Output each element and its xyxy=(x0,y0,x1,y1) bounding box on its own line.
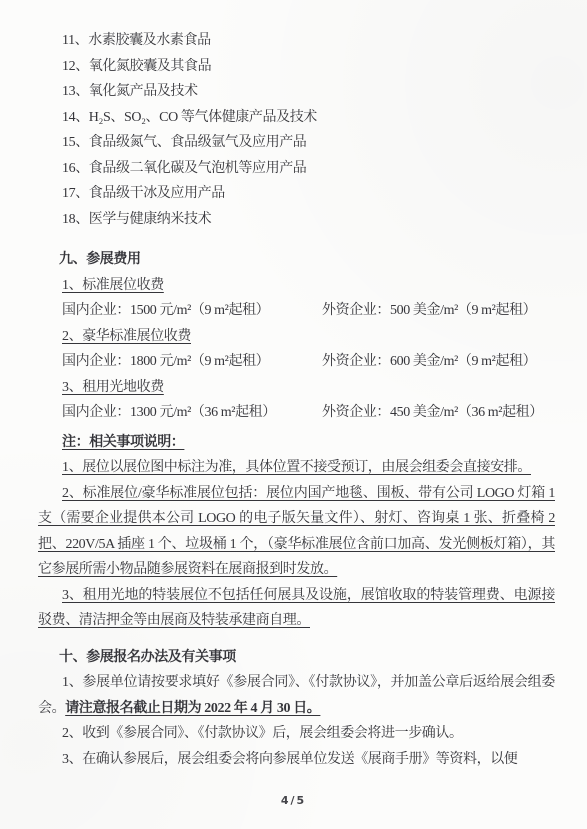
list-item: 11、水素胶囊及水素食品 xyxy=(38,28,555,54)
fee-domestic: 国内企业：1800 元/m²（9 m²起租） xyxy=(62,349,322,375)
notes-heading: 注：相关事项说明： xyxy=(38,430,555,456)
fee-row: 国内企业：1500 元/m²（9 m²起租） 外资企业：500 美金/m²（9 … xyxy=(38,298,555,324)
signup-paragraph-2: 2、收到《参展合同》、《付款协议》后，展会组委会将进一步确认。 xyxy=(38,721,555,747)
list-item: 16、食品级二氧化碳及气泡机等应用产品 xyxy=(38,156,555,182)
fee-domestic: 国内企业：1500 元/m²（9 m²起租） xyxy=(62,298,322,324)
fee-foreign: 外资企业：450 美金/m²（36 m²起租） xyxy=(322,400,543,426)
section-heading-signup: 十、参展报名办法及有关事项 xyxy=(38,645,555,671)
list-item: 17、食品级干冰及应用产品 xyxy=(38,181,555,207)
signup-paragraph-3: 3、在确认参展后，展会组委会将向参展单位发送《展商手册》等资料，以便 xyxy=(38,747,555,773)
section-heading-fees: 九、参展费用 xyxy=(38,247,555,273)
note-paragraph: 2、标准展位/豪华标准展位包括：展位内国产地毯、围板、带有公司 LOGO 灯箱 … xyxy=(38,481,555,583)
fee-row: 国内企业：1800 元/m²（9 m²起租） 外资企业：600 美金/m²（9 … xyxy=(38,349,555,375)
notes-section: 注：相关事项说明： 1、展位以展位图中标注为准，具体位置不接受预订，由展会组委会… xyxy=(38,430,555,634)
product-list: 11、水素胶囊及水素食品 12、氧化氮胶囊及其食品 13、氧化氮产品及技术 14… xyxy=(38,28,555,232)
fee-subsection-title: 1、标准展位收费 xyxy=(38,273,555,299)
fee-domestic: 国内企业：1300 元/m²（36 m²起租） xyxy=(62,400,322,426)
fee-subsection-title: 3、租用光地收费 xyxy=(38,375,555,401)
note-paragraph: 1、展位以展位图中标注为准，具体位置不接受预订，由展会组委会直接安排。 xyxy=(38,455,555,481)
fee-foreign: 外资企业：500 美金/m²（9 m²起租） xyxy=(322,298,536,324)
note-paragraph: 3、租用光地的特装展位不包括任何展具及设施，展馆收取的特装管理费、电源接驳费、清… xyxy=(38,583,555,634)
list-item: 14、H₂S、SO₂、CO 等气体健康产品及技术 xyxy=(38,105,555,131)
signup-paragraph-1: 1、参展单位请按要求填好《参展合同》、《付款协议》，并加盖公章后返给展会组委会。… xyxy=(38,670,555,721)
signup-deadline-text: 请注意报名截止日期为 2022 年 4 月 30 日。 xyxy=(65,701,320,716)
scanned-document-page: 11、水素胶囊及水素食品 12、氧化氮胶囊及其食品 13、氧化氮产品及技术 14… xyxy=(0,0,587,829)
fee-foreign: 外资企业：600 美金/m²（9 m²起租） xyxy=(322,349,536,375)
signup-section: 十、参展报名办法及有关事项 1、参展单位请按要求填好《参展合同》、《付款协议》，… xyxy=(38,645,555,773)
page-number: 4/5 xyxy=(0,788,587,814)
fees-section: 九、参展费用 1、标准展位收费 国内企业：1500 元/m²（9 m²起租） 外… xyxy=(38,247,555,426)
list-item: 13、氧化氮产品及技术 xyxy=(38,79,555,105)
list-item: 18、医学与健康纳米技术 xyxy=(38,207,555,233)
fee-subsection-title: 2、豪华标准展位收费 xyxy=(38,324,555,350)
fee-row: 国内企业：1300 元/m²（36 m²起租） 外资企业：450 美金/m²（3… xyxy=(38,400,555,426)
list-item: 12、氧化氮胶囊及其食品 xyxy=(38,54,555,80)
list-item: 15、食品级氮气、食品级氩气及应用产品 xyxy=(38,130,555,156)
